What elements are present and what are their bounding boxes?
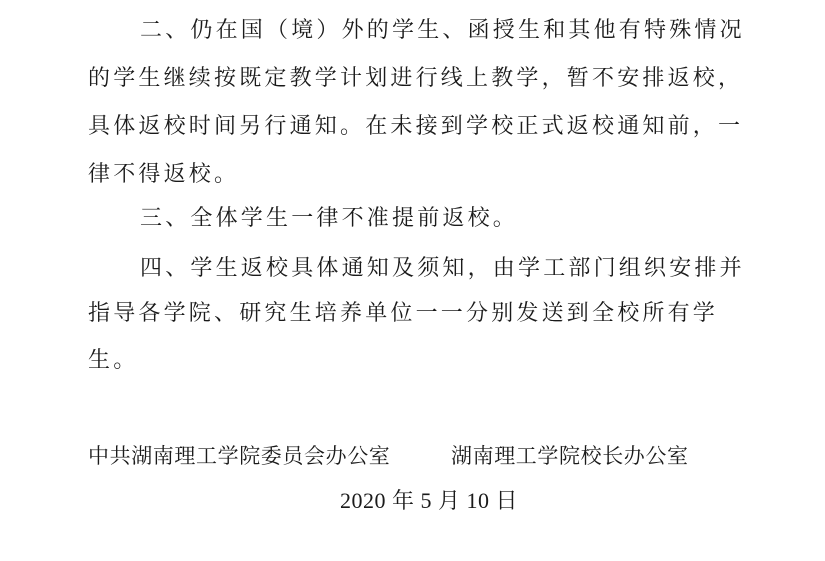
paragraph-line: 四、学生返校具体通知及须知，由学工部门组织安排并 xyxy=(140,254,745,284)
paragraph-line: 生。 xyxy=(88,346,138,376)
paragraph-line: 二、仍在国（境）外的学生、函授生和其他有特殊情况 xyxy=(140,16,745,46)
paragraph-line: 指导各学院、研究生培养单位一一分别发送到全校所有学 xyxy=(88,299,718,329)
paragraph-line: 的学生继续按既定教学计划进行线上教学，暂不安排返校， xyxy=(88,64,743,94)
paragraph-line: 具体返校时间另行通知。在未接到学校正式返校通知前，一 xyxy=(88,112,743,142)
issuer-president-office: 湖南理工学院校长办公室 xyxy=(451,441,689,471)
issue-date: 2020 年 5 月 10 日 xyxy=(340,486,518,516)
issuer-party-office: 中共湖南理工学院委员会办公室 xyxy=(88,441,390,471)
paragraph-line: 律不得返校。 xyxy=(88,160,239,190)
paragraph-line: 三、全体学生一律不准提前返校。 xyxy=(140,204,518,234)
